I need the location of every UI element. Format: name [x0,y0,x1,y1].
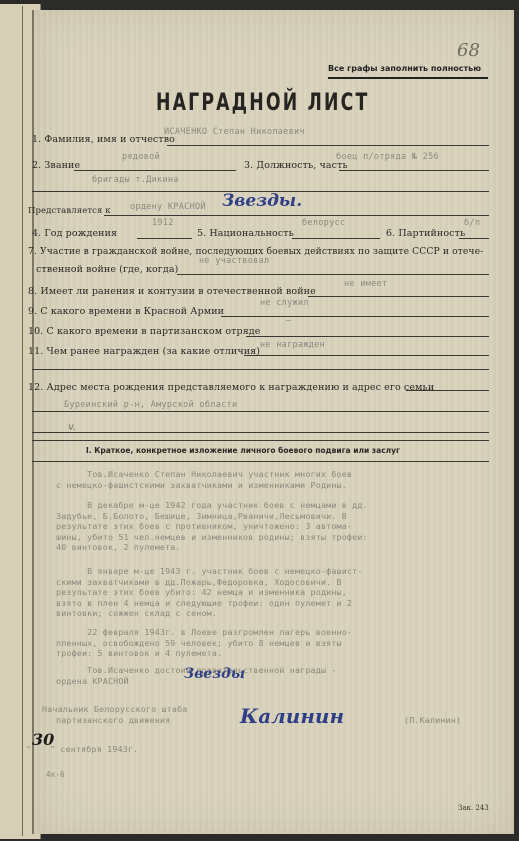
date-open-quote: " [26,744,31,755]
field-12-line-2 [32,411,489,412]
narrative-paragraph-3: В январе м-це 1943 г. участник боев с не… [56,566,363,619]
field-8-line [308,296,489,297]
field-12-label: 12. Адрес места рождения представляемого… [28,382,434,393]
narrative-paragraph-4: 22 февраля 1943г. в Лоеве разгромлен лаг… [56,627,352,659]
field-12-value: Буреинский р-н, Амурской области [64,400,237,410]
field-5-line [292,238,380,239]
field-1-label: 1. Фамилия, имя и отчество [32,134,175,145]
award-handwritten: Звезды [184,666,245,682]
field-9-label: 9. С какого времени в Красной Армии [28,306,224,317]
field-4-line [137,238,192,239]
page-title: НАГРАДНОЙ ЛИСТ [156,88,369,116]
field-2-label: 2. Звание [32,160,80,171]
presented-value: ордену КРАСНОЙ [130,202,206,212]
section-top-line [32,440,489,441]
field-3-label: 3. Должность, часть [244,160,348,171]
field-11-line [244,355,489,356]
field-10-label: 10. С какого времени в партизанском отря… [28,326,260,337]
field-10-value: — [286,316,291,326]
field-5-label: 5. Национальность [197,228,294,239]
date-rest: " сентября 1943г. [50,744,138,755]
field-3-value: боец п/отряда № 256 [336,152,439,162]
award-sheet: 68 Все графы заполнить полностью НАГРАДН… [32,10,514,834]
page-number: 68 [457,40,480,61]
presented-handwritten: Звезды. [222,191,302,211]
field-4-value: 1912 [152,218,174,228]
signatory-position-1: Начальник Белорусского штаба [42,704,187,715]
field-12-line-3 [32,432,489,433]
section-heading: I. Краткое, конкретное изложение личного… [86,446,400,455]
field-1-value: ИСАЧЕНКО Степан Николаевич [164,127,305,137]
field-8-label: 8. Имеет ли ранения и контузии в отечест… [28,286,316,297]
field-10-line [246,336,489,337]
field-6-label: 6. Партийность [386,228,465,239]
field-3-line [339,170,489,171]
form-code: Зак. 243 [458,804,489,812]
instruction-underline [328,77,488,79]
instruction-text: Все графы заполнить полностью [328,64,481,73]
field-8-value: не имеет [344,279,387,289]
section-heading-line [32,461,489,462]
field-3-value-cont: бригады т.Дикина [92,175,179,185]
registry-note: 4к-6 [46,770,65,781]
signature: Калинин [240,704,344,728]
field-7-value: не участвовал [199,256,269,266]
signatory-position-2: партизанского движения [56,715,170,726]
field-7-line [177,274,489,275]
field-11-value: не награжден [260,340,325,350]
field-2-line [74,170,236,171]
narrative-paragraph-2: В декабре м-це 1942 года участник боев с… [56,500,368,553]
field-1-line [167,145,489,146]
field-5-value: белорусс [302,218,345,228]
presented-label: Представляется к [28,206,111,216]
narrative-paragraph-1: Тов.Исаченко Степан Николаевич участник … [56,469,352,490]
field-11-label: 11. Чем ранее награжден (за какие отличи… [28,346,260,357]
field-12-line [406,390,489,391]
page-edge [22,6,23,836]
field-2-value: рядовой [122,152,160,162]
separator-line [32,369,489,370]
field-6-value: б/п [464,218,480,228]
field-9-value: не служил [260,298,309,308]
presented-line [104,215,489,216]
field-6-line [459,238,489,239]
field-4-label: 4. Год рождения [32,228,117,239]
field-7-label-2: ственной войне (где, когда) [36,264,178,275]
signatory-name: (П.Калинин) [404,715,461,726]
field-9-line [221,316,489,317]
